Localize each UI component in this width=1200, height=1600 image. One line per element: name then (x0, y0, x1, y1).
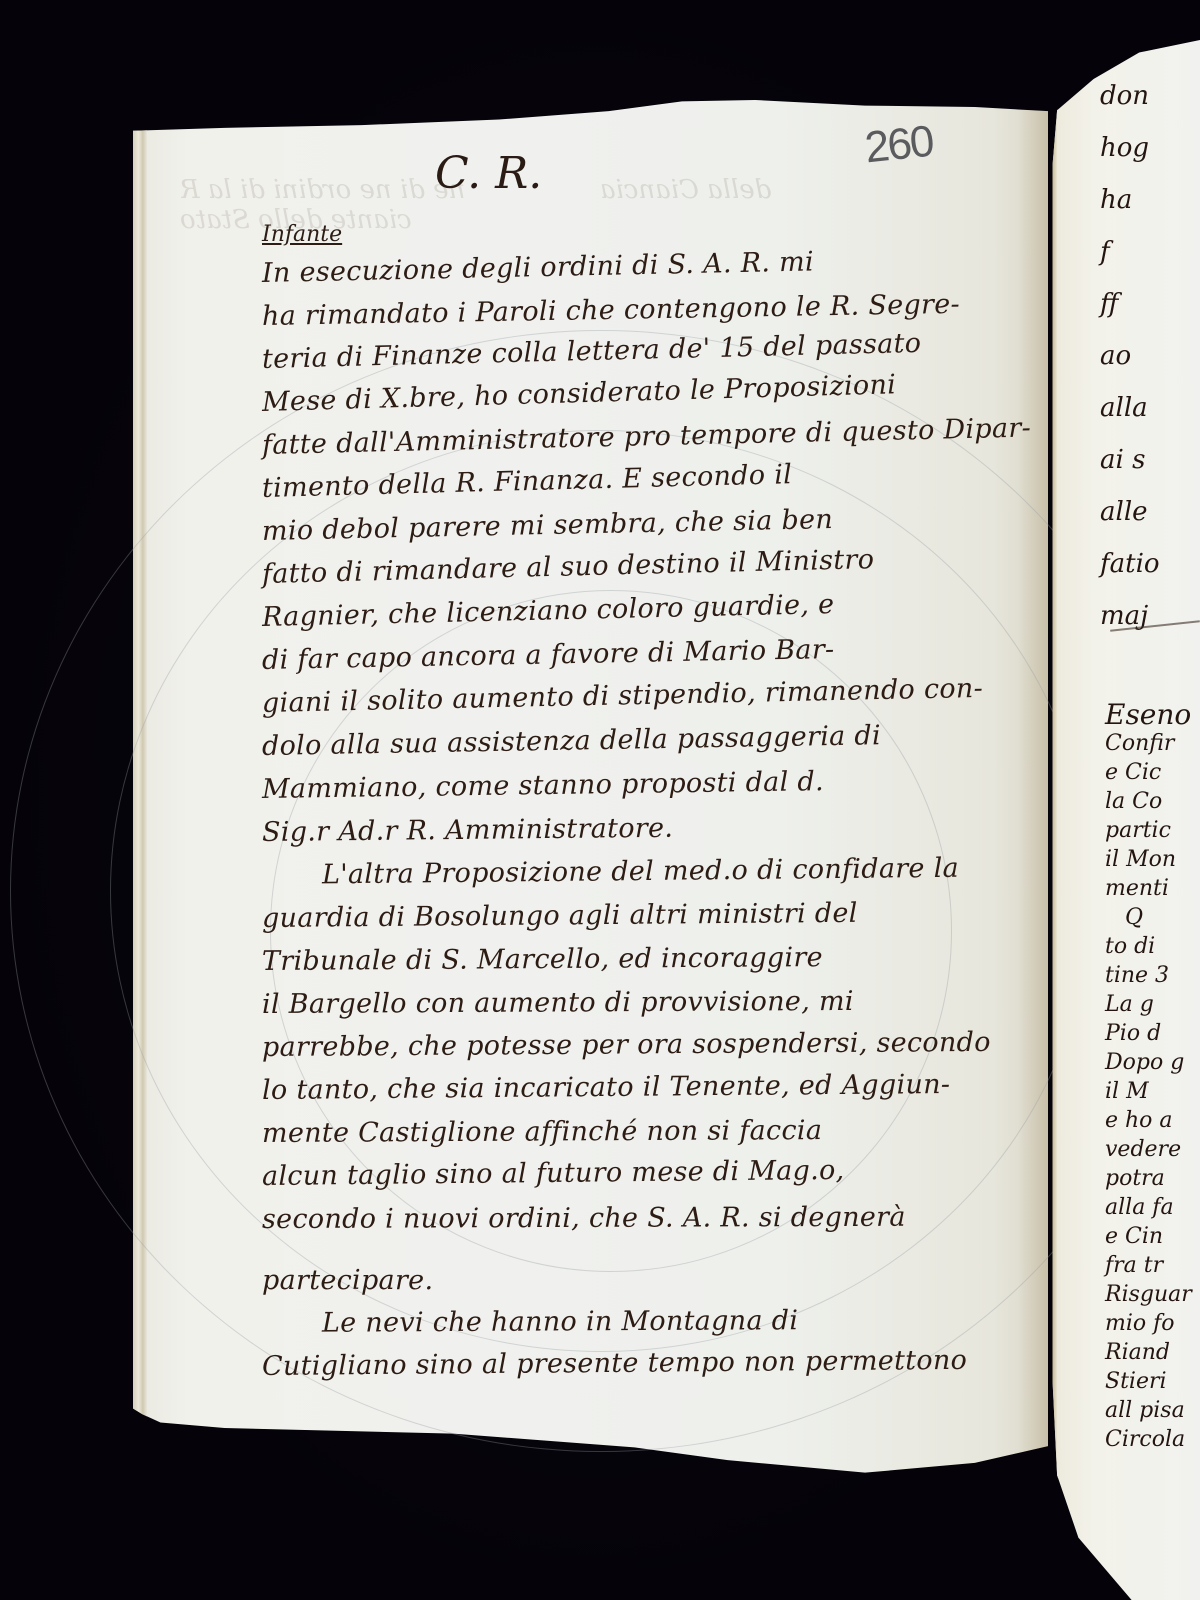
binding-gutter-shadow (1018, 100, 1048, 1495)
fragment-line: tine 3 (1105, 961, 1192, 990)
fragment-line: maj (1100, 590, 1160, 642)
show-through-text: della Ciancia (600, 175, 771, 205)
fragment-line: don (1100, 70, 1160, 122)
folio-number: 260 (863, 117, 935, 174)
text-line: il Bargello con aumento di provvisione, … (262, 979, 1002, 1026)
right-page-upper-text: don hog ha f ff ao alla ai s alle fatio … (1100, 70, 1160, 642)
fragment-line: Risguar (1105, 1280, 1192, 1309)
fragment-line: mio fo (1105, 1309, 1192, 1338)
fragment-line: vedere (1105, 1135, 1192, 1164)
fragment-line: all pisa (1105, 1396, 1192, 1425)
text-line: Tribunale di S. Marcello, ed incoraggire (262, 935, 1002, 983)
page-heading: C. R. (435, 148, 542, 199)
show-through-text: ne di ne ordini di la R (180, 175, 465, 205)
text-line: Le nevi che hanno in Montagna di (262, 1298, 1002, 1345)
fragment-line: Circola (1105, 1425, 1192, 1454)
fragment-line: Dopo g (1105, 1048, 1192, 1077)
fragment-line: Confir (1105, 729, 1192, 758)
manuscript-photograph: ne di ne ordini di la R della Ciancia ci… (0, 0, 1200, 1600)
fragment-line: Q (1105, 903, 1192, 932)
fragment-line: e Cic (1105, 758, 1192, 787)
right-page-lower-text: Eseno Confir e Cic la Co partic il Mon m… (1105, 700, 1192, 1454)
fragment-line: ff (1100, 278, 1160, 330)
fragment-line: fra tr (1105, 1251, 1192, 1280)
fragment-line: fatio (1100, 538, 1160, 590)
fragment-line: Stieri (1105, 1367, 1192, 1396)
fragment-line: menti (1105, 874, 1192, 903)
text-line: Sig.r Ad.r R. Amministratore. (262, 803, 1002, 854)
text-line: parrebbe, che potesse per ora sospenders… (262, 1021, 1002, 1069)
page-edge (133, 100, 147, 1495)
fragment-line: e Cin (1105, 1222, 1192, 1251)
fragment-line: Pio d (1105, 1019, 1192, 1048)
text-line: lo tanto, che sia incaricato il Tenente,… (262, 1063, 1002, 1112)
text-line: L'altra Proposizione del med.o di confid… (262, 846, 1002, 897)
fragment-line: hog (1100, 122, 1160, 174)
fragment-line: Riand (1105, 1338, 1192, 1367)
text-line: Mammiano, come stanno proposti dal d. (262, 758, 1003, 811)
fragment-line: Eseno (1105, 700, 1192, 729)
fragment-line: ao (1100, 330, 1160, 382)
fragment-line: ai s (1100, 434, 1160, 486)
text-line: alcun taglio sino al futuro mese di Mag.… (262, 1147, 1002, 1198)
page-fold (1048, 40, 1058, 1600)
text-line: Cutigliano sino al presente tempo non pe… (262, 1339, 1002, 1388)
fragment-line: to di (1105, 932, 1192, 961)
text-line: secondo i nuovi ordini, che S. A. R. si … (262, 1195, 1002, 1241)
margin-note: Infante (262, 222, 342, 247)
fragment-line: alla (1100, 382, 1160, 434)
fragment-line: La g (1105, 990, 1192, 1019)
text-line: partecipare. (262, 1259, 1002, 1302)
manuscript-body: In esecuzione degli ordini di S. A. R. m… (262, 252, 1002, 1388)
fragment-line: alle (1100, 486, 1160, 538)
fragment-line: il M (1105, 1077, 1192, 1106)
fragment-line: alla fa (1105, 1193, 1192, 1222)
text-line: guardia di Bosolungo agli altri ministri… (262, 891, 1002, 940)
fragment-line: f (1100, 226, 1160, 278)
fragment-line: ha (1100, 174, 1160, 226)
fragment-line: la Co (1105, 787, 1192, 816)
fragment-line: partic (1105, 816, 1192, 845)
fragment-line: il Mon (1105, 845, 1192, 874)
fragment-line: potra (1105, 1164, 1192, 1193)
fragment-line: e ho a (1105, 1106, 1192, 1135)
